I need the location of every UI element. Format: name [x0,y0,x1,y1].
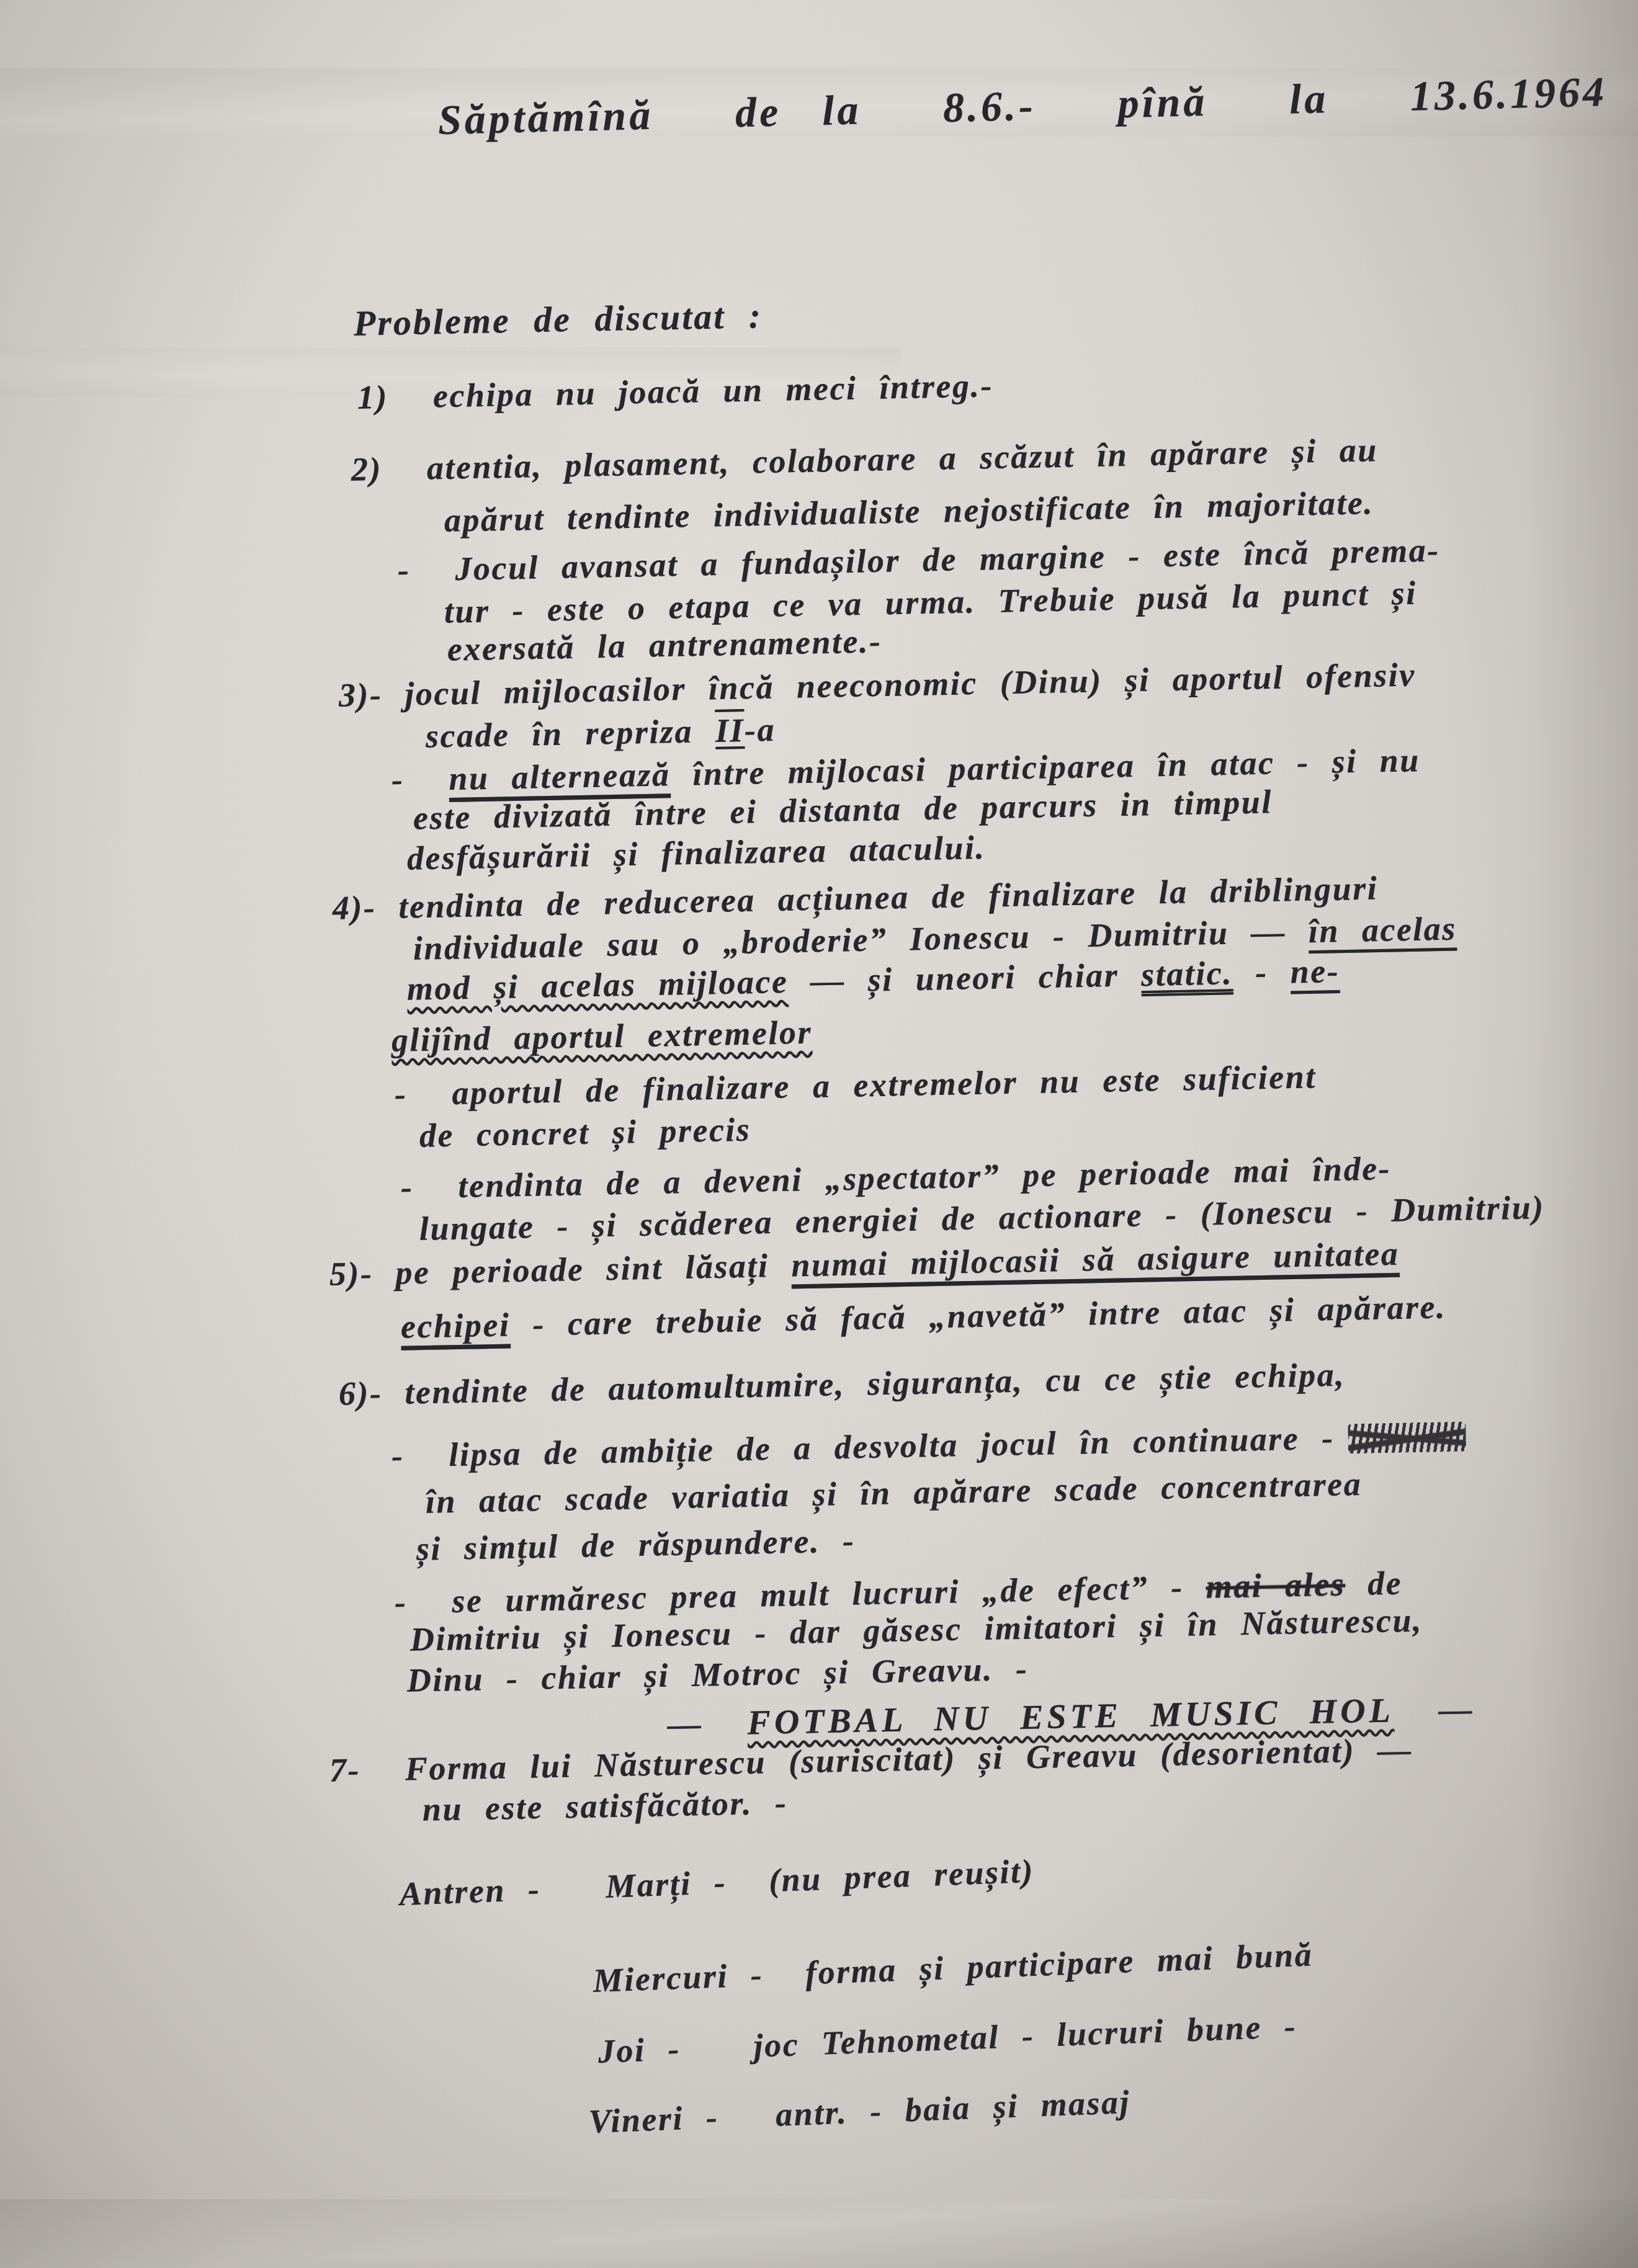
title-text: Săptămînă de la 8.6.- pînă la 13.6.1964 [437,68,1608,143]
scanned-paper-background: Săptămînă de la 8.6.- pînă la 13.6.1964 … [0,0,1638,2268]
page-title: Săptămînă de la 8.6.- pînă la 13.6.1964 [190,18,1609,200]
crossed-out-word [1348,1422,1466,1454]
underlined-text: static. [1141,954,1233,993]
underlined-text: ne- [1290,952,1340,991]
text-segment: - [1233,953,1291,992]
schedule-note: (nu prea reușit) [768,1852,1035,1900]
handwriting-layer: Săptămînă de la 8.6.- pînă la 13.6.1964 … [0,0,1638,2268]
schedule-line-friday: Vineri -antr. - baia și masaj [453,2044,1133,2184]
schedule-day: Marți - [605,1864,727,1905]
schedule-label: Antren - [399,1870,542,1913]
text-segment: — și uneori chiar [788,956,1142,1000]
schedule-note: antr. - baia și masaj [775,2083,1131,2133]
schedule-day: Vineri - [588,2098,720,2140]
text-segment: nu este satisfăcător. - [422,1784,788,1828]
